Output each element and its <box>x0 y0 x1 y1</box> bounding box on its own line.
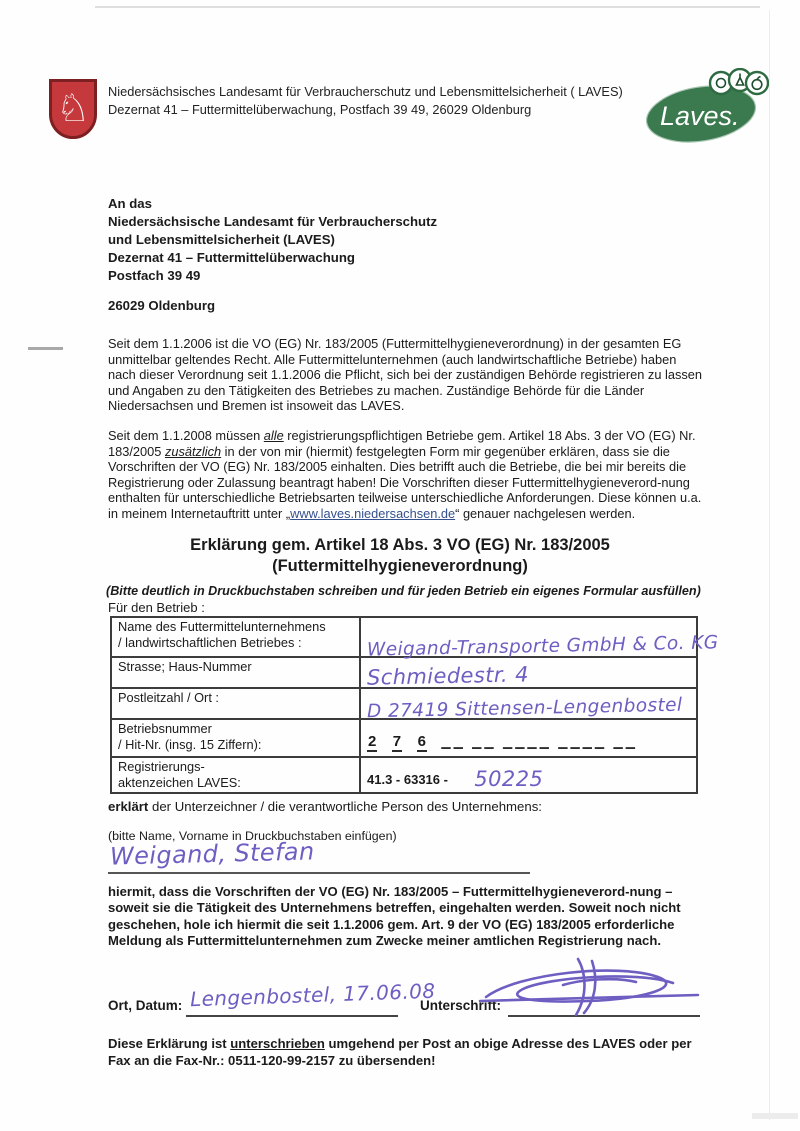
table-row-street: Strasse; Haus-Nummer Schmiedestr. 4 <box>111 657 697 688</box>
table-row-name: Name des Futtermittelunternehmens / land… <box>111 617 697 657</box>
p2-text: “ genauer nachgelesen werden. <box>455 506 635 521</box>
street-label: Strasse; Haus-Nummer <box>111 657 360 688</box>
handwritten-person-name: Weigand, Stefan <box>110 837 315 870</box>
paragraph-registration-info: Seit dem 1.1.2006 ist die VO (EG) Nr. 18… <box>108 336 707 414</box>
recipient-city: 26029 Oldenburg <box>108 297 437 315</box>
erklaert-line: erklärt der Unterzeichner / die verantwo… <box>108 799 542 814</box>
betriebsnummer-digit: 2 <box>367 733 377 752</box>
form-instruction-note: (Bitte deutlich in Druckbuchstaben schre… <box>106 584 701 598</box>
document-title: Erklärung gem. Artikel 18 Abs. 3 VO (EG)… <box>100 535 700 577</box>
recipient-line: An das <box>108 195 437 213</box>
table-row-registrierung: Registrierungs- aktenzeichen LAVES: 41.3… <box>111 757 697 793</box>
handwritten-signature <box>468 955 703 1025</box>
street-field[interactable]: Schmiedestr. 4 <box>360 657 697 688</box>
handwritten-street: Schmiedestr. 4 <box>367 662 529 689</box>
city-field[interactable]: D 27419 Sittensen-Lengenbostel <box>360 688 697 719</box>
recipient-line: und Lebensmittelsicherheit (LAVES) <box>108 231 437 249</box>
lower-saxony-crest-icon: ♘ <box>48 78 98 145</box>
logo-apple-icon <box>746 72 768 94</box>
registrierung-prefix: 41.3 - 63316 - <box>367 772 448 787</box>
header-org-line2: Dezernat 41 – Futtermittelüberwachung, P… <box>108 101 623 119</box>
p2-emphasis-alle: alle <box>264 428 284 443</box>
recipient-address: An das Niedersächsische Landesamt für Ve… <box>108 195 437 315</box>
betriebsnummer-digit: 7 <box>392 733 402 752</box>
handwritten-register-number: 50225 <box>474 767 543 791</box>
p2-emphasis-zusaetzlich: zusätzlich <box>165 444 221 459</box>
handwritten-ort-datum: Lengenbostel, 17.06.08 <box>190 979 436 1012</box>
paragraph-declaration-info: Seit dem 1.1.2008 müssen alle registrier… <box>108 428 707 522</box>
document-title-line2: (Futtermittelhygieneverordnung) <box>100 556 700 577</box>
fold-mark <box>28 347 63 350</box>
header-org-lines: Niedersächsisches Landesamt für Verbrauc… <box>108 83 623 119</box>
betriebsnummer-field[interactable]: 2 7 6 ▁▁ ▁▁ ▁▁▁▁ ▁▁▁▁ ▁▁ <box>360 719 697 757</box>
submission-note: Diese Erklärung ist unterschrieben umgeh… <box>108 1035 708 1069</box>
recipient-line: Postfach 39 49 <box>108 267 437 285</box>
name-field[interactable]: Weigand-Transporte GmbH & Co. KG <box>360 617 697 657</box>
laves-logo: Laves. <box>643 68 769 153</box>
scan-artifact-top-line <box>95 6 760 8</box>
name-underline <box>108 872 530 874</box>
scan-artifact-smudge <box>752 1113 798 1119</box>
svg-text:♘: ♘ <box>56 86 90 130</box>
ort-datum-underline <box>186 1015 398 1017</box>
scan-artifact-right-edge <box>769 10 770 1120</box>
unterschrieben-underlined: unterschrieben <box>230 1036 325 1051</box>
table-row-city: Postleitzahl / Ort : D 27419 Sittensen-L… <box>111 688 697 719</box>
header-org-line1: Niedersächsisches Landesamt für Verbrauc… <box>108 83 623 101</box>
document-page: ♘ Niedersächsisches Landesamt für Verbra… <box>0 0 800 1131</box>
betriebsnummer-blanks: ▁▁ ▁▁ ▁▁▁▁ ▁▁▁▁ ▁▁ <box>441 735 638 749</box>
recipient-line: Niedersächsische Landesamt für Verbrauch… <box>108 213 437 231</box>
laves-logo-text: Laves. <box>660 101 740 131</box>
ort-datum-label: Ort, Datum: <box>108 998 182 1013</box>
declaration-statement: hiermit, dass die Vorschriften der VO (E… <box>108 884 708 950</box>
table-row-betriebsnummer: Betriebsnummer / Hit-Nr. (insg. 15 Ziffe… <box>111 719 697 757</box>
registrierung-label: Registrierungs- aktenzeichen LAVES: <box>111 757 360 793</box>
betriebsnummer-label: Betriebsnummer / Hit-Nr. (insg. 15 Ziffe… <box>111 719 360 757</box>
document-title-line1: Erklärung gem. Artikel 18 Abs. 3 VO (EG)… <box>100 535 700 556</box>
registrierung-field[interactable]: 41.3 - 63316 - 50225 <box>360 757 697 793</box>
betriebsnummer-digit: 6 <box>417 733 427 752</box>
business-data-table: Name des Futtermittelunternehmens / land… <box>110 616 698 794</box>
laves-website-link[interactable]: www.laves.niedersachsen.de <box>290 506 455 521</box>
for-betrieb-label: Für den Betrieb : <box>108 600 205 615</box>
p2-text: Seit dem 1.1.2008 müssen <box>108 428 264 443</box>
recipient-line: Dezernat 41 – Futtermittelüberwachung <box>108 249 437 267</box>
name-label: Name des Futtermittelunternehmens / land… <box>111 617 360 657</box>
city-label: Postleitzahl / Ort : <box>111 688 360 719</box>
